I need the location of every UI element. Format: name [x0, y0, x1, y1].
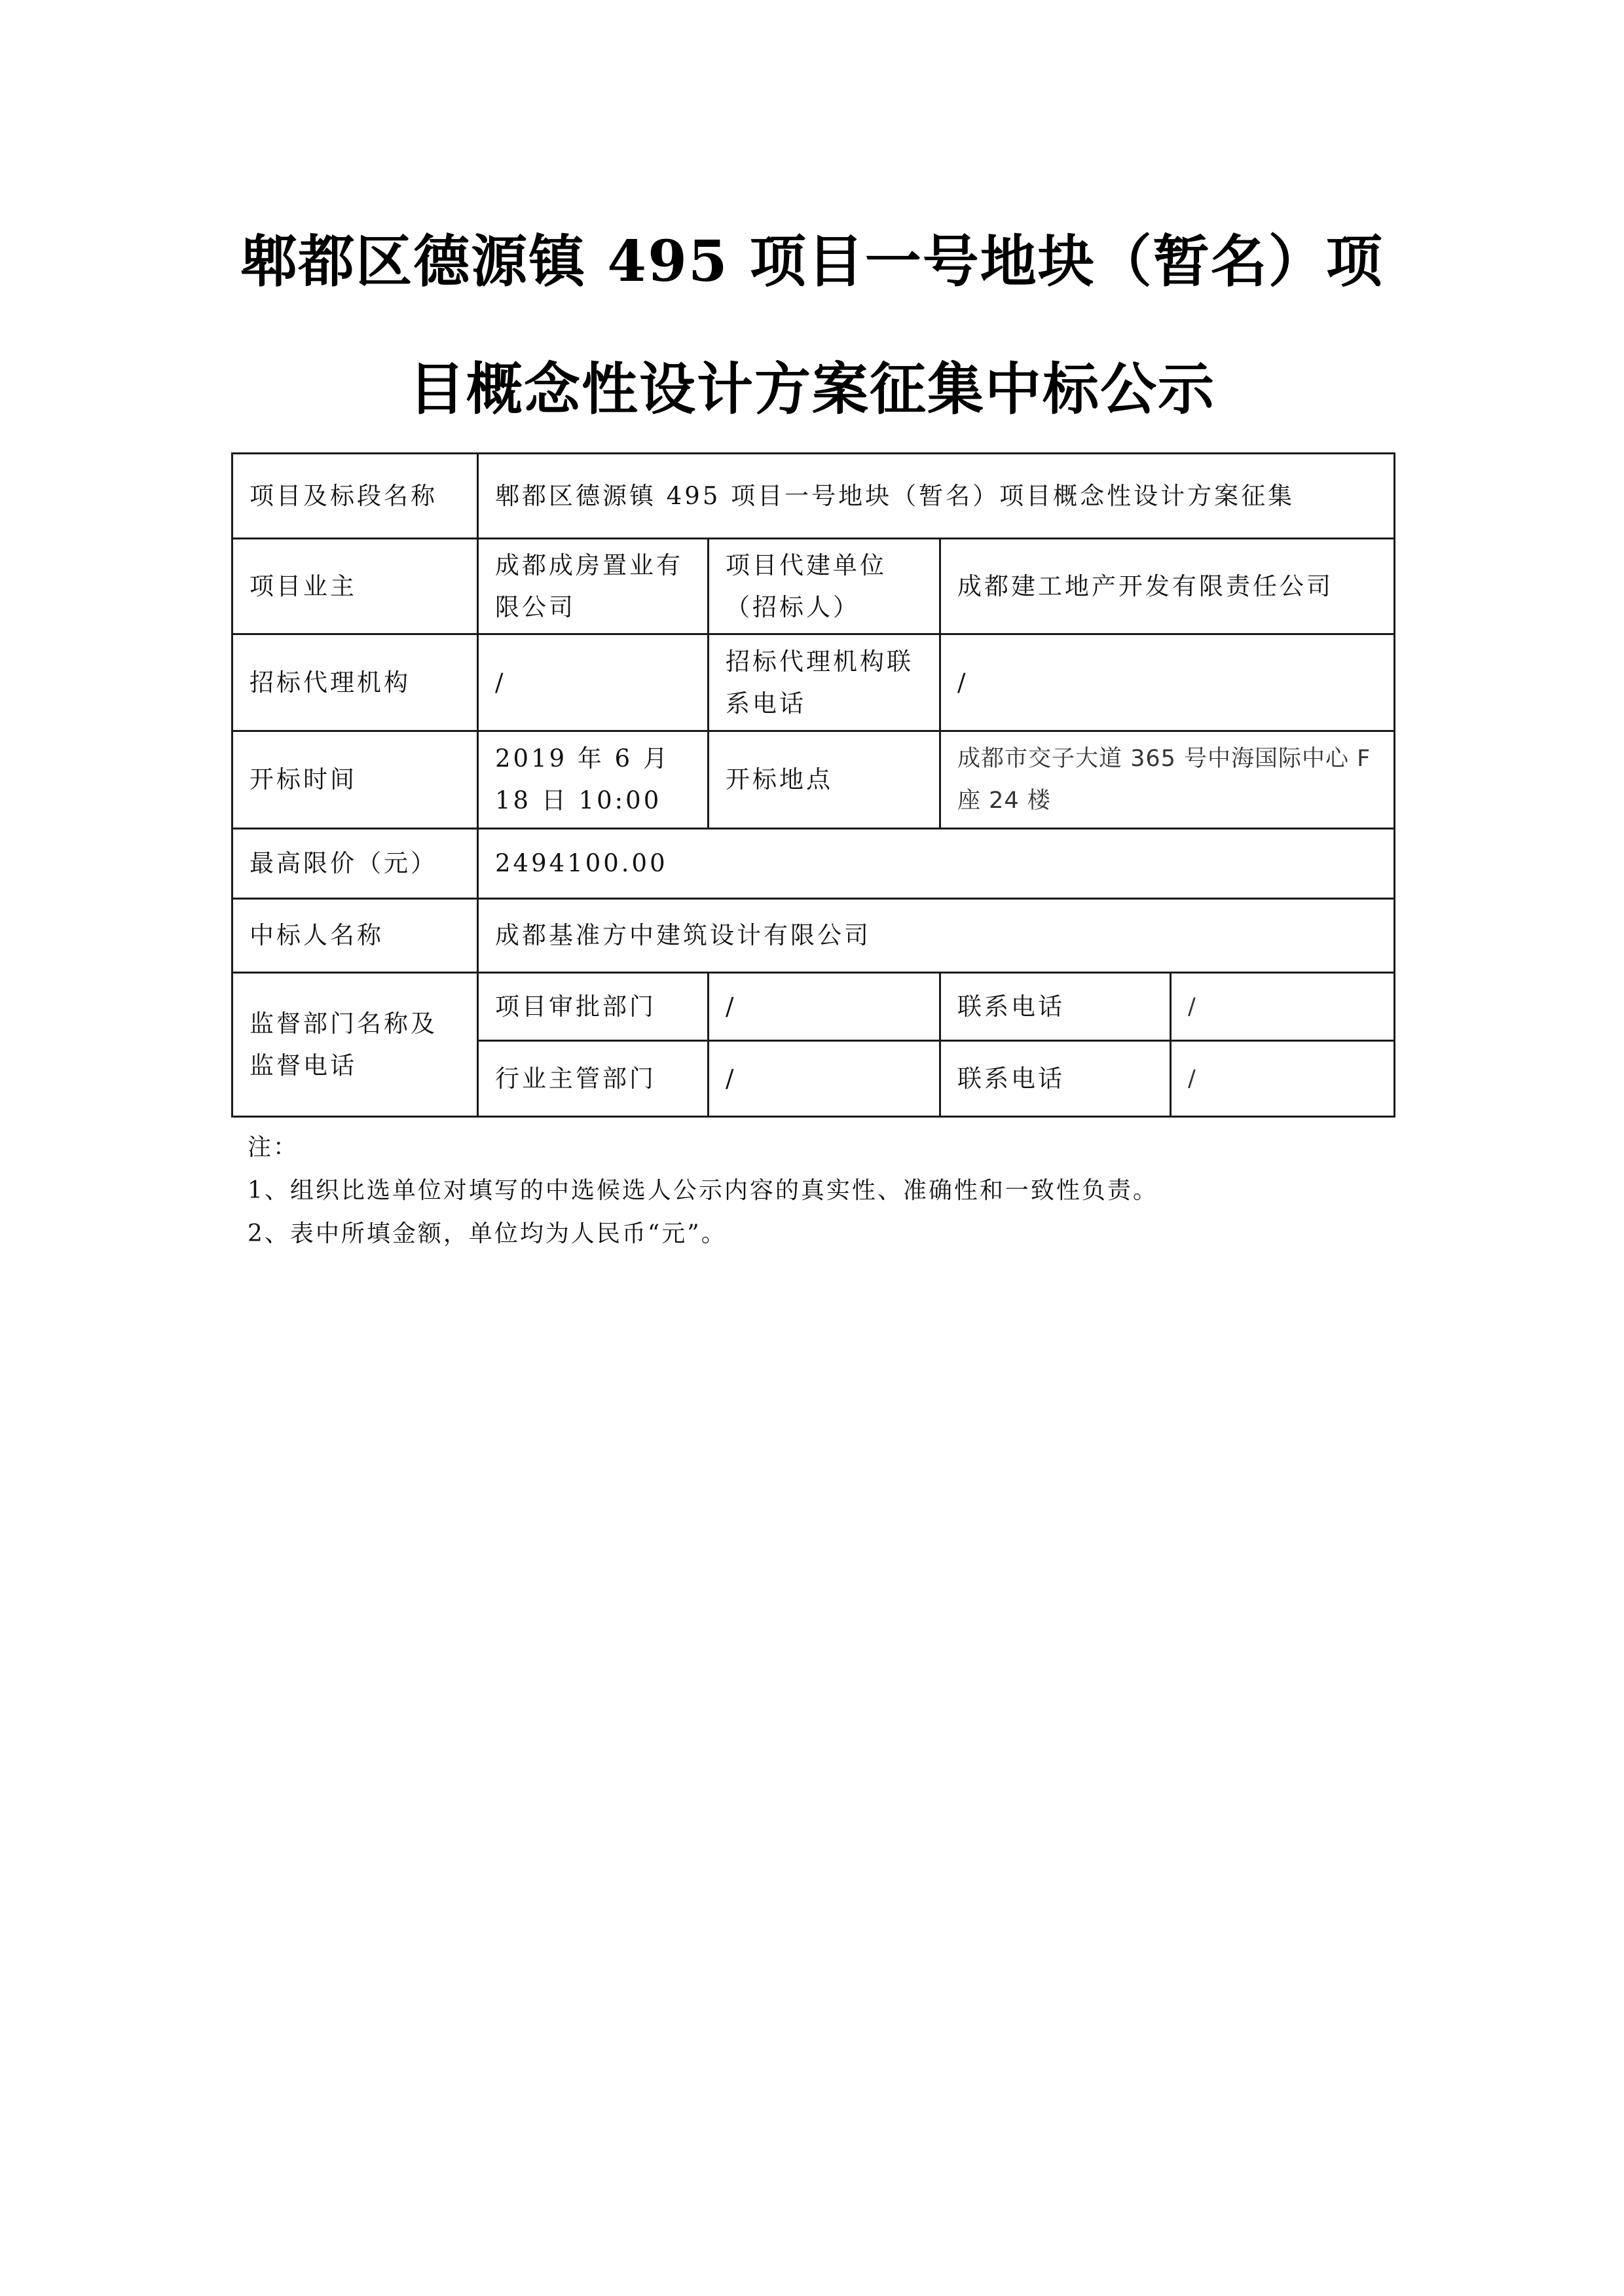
supervision-phone-label: 联系电话 [940, 1041, 1171, 1117]
supervision-phone-label: 联系电话 [940, 973, 1171, 1041]
page-title-line-2: 目概念性设计方案征集中标公示 [0, 357, 1624, 422]
opening-place-label: 开标地点 [709, 731, 940, 829]
bid-agency-value: / [478, 634, 709, 731]
bid-agency-phone-label: 招标代理机构联系电话 [709, 634, 940, 731]
table-row-bid-agency: 招标代理机构 / 招标代理机构联系电话 / [232, 634, 1395, 731]
winner-label: 中标人名称 [232, 899, 478, 973]
opening-time-value: 2019 年 6 月 18 日 10:00 [478, 731, 709, 829]
note-item: 1、组织比选单位对填写的中选候选人公示内容的真实性、准确性和一致性负责。 [248, 1169, 1158, 1212]
supervision-phone-value: / [1171, 973, 1395, 1041]
agent-builder-value: 成都建工地产开发有限责任公司 [940, 539, 1395, 634]
supervision-dept-value: / [709, 973, 940, 1041]
bid-agency-phone-value: / [940, 634, 1395, 731]
supervision-dept-label: 行业主管部门 [478, 1041, 709, 1117]
owner-value: 成都成房置业有限公司 [478, 539, 709, 634]
notes-heading: 注： [248, 1126, 1158, 1169]
opening-time-label: 开标时间 [232, 731, 478, 829]
max-price-value: 2494100.00 [478, 829, 1395, 899]
table-row-opening: 开标时间 2019 年 6 月 18 日 10:00 开标地点 成都市交子大道 … [232, 731, 1395, 829]
supervision-label: 监督部门名称及监督电话 [232, 973, 478, 1117]
bid-agency-label: 招标代理机构 [232, 634, 478, 731]
opening-place-value: 成都市交子大道 365 号中海国际中心 F 座 24 楼 [940, 731, 1395, 829]
notes-section: 注： 1、组织比选单位对填写的中选候选人公示内容的真实性、准确性和一致性负责。 … [248, 1126, 1158, 1256]
winner-value: 成都基准方中建筑设计有限公司 [478, 899, 1395, 973]
table-row-max-price: 最高限价（元） 2494100.00 [232, 829, 1395, 899]
supervision-phone-value: / [1171, 1041, 1395, 1117]
owner-label: 项目业主 [232, 539, 478, 634]
supervision-dept-value: / [709, 1041, 940, 1117]
note-item: 2、表中所填金额，单位均为人民币“元”。 [248, 1212, 1158, 1256]
supervision-dept-label: 项目审批部门 [478, 973, 709, 1041]
table-row-winner: 中标人名称 成都基准方中建筑设计有限公司 [232, 899, 1395, 973]
table-row-owner: 项目业主 成都成房置业有限公司 项目代建单位（招标人） 成都建工地产开发有限责任… [232, 539, 1395, 634]
max-price-label: 最高限价（元） [232, 829, 478, 899]
project-name-label: 项目及标段名称 [232, 454, 478, 539]
project-name-value: 郫都区德源镇 495 项目一号地块（暂名）项目概念性设计方案征集 [478, 454, 1395, 539]
page-title-line-1: 郫都区德源镇 495 项目一号地块（暂名）项 [0, 229, 1624, 295]
agent-builder-label: 项目代建单位（招标人） [709, 539, 940, 634]
table-row-project-name: 项目及标段名称 郫都区德源镇 495 项目一号地块（暂名）项目概念性设计方案征集 [232, 454, 1395, 539]
bid-result-table: 项目及标段名称 郫都区德源镇 495 项目一号地块（暂名）项目概念性设计方案征集… [231, 452, 1395, 1118]
table-row-supervision-1: 监督部门名称及监督电话 项目审批部门 / 联系电话 / [232, 973, 1395, 1041]
